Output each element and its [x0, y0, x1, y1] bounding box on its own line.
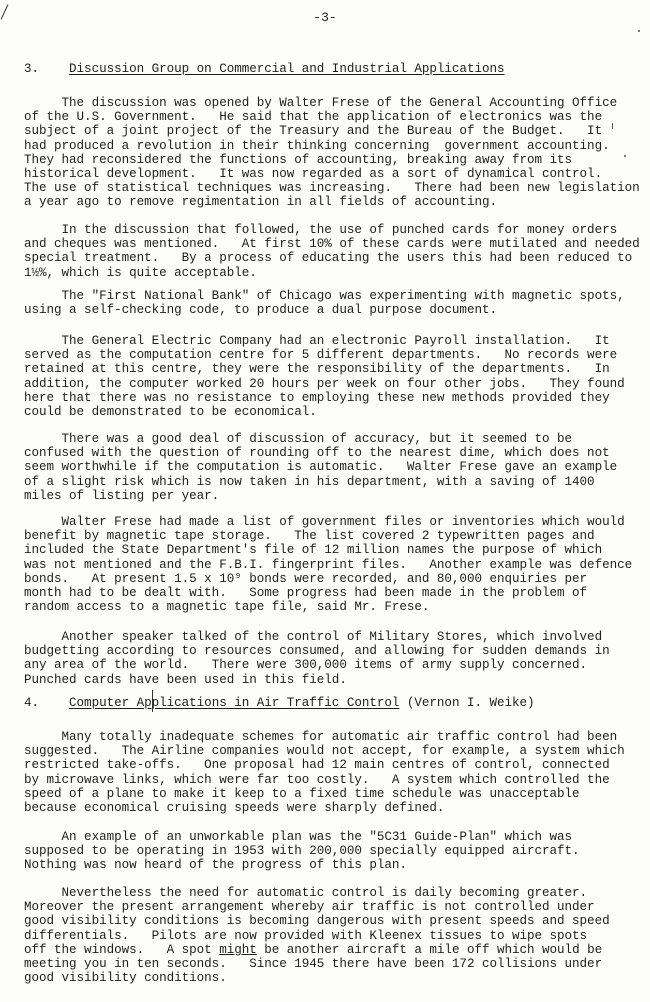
scan-speck [624, 155, 626, 157]
paragraph-line: a year ago to remove regimentation in al… [24, 195, 497, 209]
paragraph-line: good visibility conditions is becoming d… [24, 914, 610, 928]
paragraph-line: here that there was no resistance to emp… [24, 391, 610, 405]
paragraph-line: of the U.S. Government. He said that the… [24, 110, 602, 124]
scan-speck [612, 123, 613, 129]
section-number: 4. [24, 696, 69, 710]
paragraph-line: included the State Department's file of … [24, 543, 602, 557]
paragraph-line: random access to a magnetic tape file, s… [24, 600, 429, 614]
paragraph-line: An example of an unworkable plan was the… [24, 830, 572, 844]
paragraph-line: The discussion was opened by Walter Fres… [24, 96, 617, 110]
paragraph-line: budgetting according to resources consum… [24, 644, 610, 658]
paragraph-line: retained at this centre, they were the r… [24, 362, 610, 376]
paragraph-line: subject of a joint project of the Treasu… [24, 124, 602, 138]
scan-mark [152, 690, 153, 712]
paragraph-line: off the windows. A spot might be another… [24, 943, 602, 957]
section-author: (Vernon I. Weike) [399, 696, 534, 710]
paragraph-line: They had reconsidered the functions of a… [24, 153, 572, 167]
paragraph-line: by microwave links, which were far too c… [24, 773, 610, 787]
paragraph-line: addition, the computer worked 20 hours p… [24, 377, 625, 391]
paragraph-line: The "First National Bank" of Chicago was… [24, 289, 625, 303]
paragraph-line: miles of listing per year. [24, 489, 219, 503]
paragraph-line: of a slight risk which is now taken in h… [24, 475, 595, 489]
paragraph-line: Walter Frese had made a list of governme… [24, 515, 625, 529]
section-heading: 4. Computer Applications in Air Traffic … [24, 696, 535, 710]
page-number: -3- [0, 10, 650, 25]
paragraph-line: suggested. The Airline companies would n… [24, 744, 625, 758]
section-number: 3. [24, 62, 69, 76]
paragraph-line: month had to be dealt with. Some progres… [24, 586, 587, 600]
paragraph-line: was not mentioned and the F.B.I. fingerp… [24, 558, 632, 572]
section-title: Computer Applications in Air Traffic Con… [69, 696, 399, 710]
paragraph-line: Nothing was now heard of the progress of… [24, 858, 407, 872]
document-page: -3- 3. Discussion Group on Commercial an… [0, 0, 650, 1002]
paragraph-line: In the discussion that followed, the use… [24, 223, 617, 237]
paragraph-line: restricted take-offs. One proposal had 1… [24, 758, 610, 772]
paragraph-line: using a self-checking code, to produce a… [24, 303, 497, 317]
paragraph-line: meeting you in ten seconds. Since 1945 t… [24, 957, 602, 971]
paragraph-line: The use of statistical techniques was in… [24, 181, 640, 195]
emphasized-word: might [219, 943, 257, 957]
paragraph-line: seem worthwhile if the computation is au… [24, 460, 617, 474]
paragraph-line: served as the computation centre for 5 d… [24, 348, 617, 362]
paragraph-line: because economical cruising speeds were … [24, 801, 444, 815]
paragraph-line: differentials. Pilots are now provided w… [24, 929, 587, 943]
paragraph-line: benefit by magnetic tape storage. The li… [24, 529, 595, 543]
paragraph-line: There was a good deal of discussion of a… [24, 432, 572, 446]
section-title: Discussion Group on Commercial and Indus… [69, 62, 504, 76]
paragraph-line: had produced a revolution in their think… [24, 139, 610, 153]
paragraph-line: Another speaker talked of the control of… [24, 630, 602, 644]
paragraph-line: and cheques was mentioned. At first 10% … [24, 237, 640, 251]
paragraph-line: special treatment. By a process of educa… [24, 251, 632, 265]
section-heading: 3. Discussion Group on Commercial and In… [24, 62, 504, 76]
paragraph-line: The General Electric Company had an elec… [24, 334, 610, 348]
paragraph-line: speed of a plane to make it keep to a fi… [24, 787, 580, 801]
paragraph-line: any area of the world. There were 300,00… [24, 658, 587, 672]
scan-speck [638, 30, 640, 32]
paragraph-line: Nevertheless the need for automatic cont… [24, 886, 587, 900]
paragraph-line: could be demonstrated to be economical. [24, 405, 317, 419]
paragraph-line: Many totally inadequate schemes for auto… [24, 730, 617, 744]
paragraph-line: historical development. It was now regar… [24, 167, 602, 181]
paragraph-line: 1½%, which is quite acceptable. [24, 266, 257, 280]
paragraph-line: good visibility conditions. [24, 971, 227, 985]
paragraph-line: Punched cards have been used in this fie… [24, 673, 347, 687]
paragraph-line: bonds. At present 1.5 x 10⁹ bonds were r… [24, 572, 587, 586]
paragraph-line: confused with the question of rounding o… [24, 446, 610, 460]
paragraph-line: Moreover the present arrangement whereby… [24, 900, 595, 914]
paragraph-line: supposed to be operating in 1953 with 20… [24, 844, 580, 858]
